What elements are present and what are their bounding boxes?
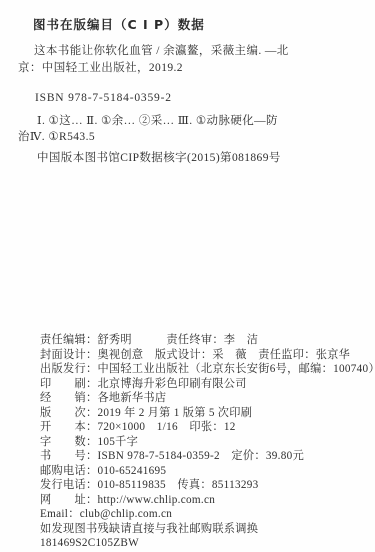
print-code-line: 181469S2C105ZBW bbox=[40, 536, 375, 551]
replacement-notice-line: 如发现图书残缺请直接与我社邮购联系调换 bbox=[40, 522, 375, 537]
isbn-number: ISBN 978-7-5184-0359-2 bbox=[35, 92, 172, 104]
edition-line: 版 次：2019 年 2 月第 1 版第 5 次印刷 bbox=[40, 406, 375, 421]
cip-classification-line-1: Ⅰ. ①这… Ⅱ. ①余… ②采… Ⅲ. ①动脉硬化—防 bbox=[37, 112, 278, 128]
colophon-block: 责任编辑：舒秀明 责任终审：李 洁 封面设计：奥视创意 版式设计：采 薇 责任监… bbox=[40, 333, 375, 551]
book-copyright-page: 图书在版编目（C I P）数据 这本书能让你软化血管 / 余瀛鳌，采薇主编. —… bbox=[0, 0, 375, 552]
mail-order-phone-line: 邮购电话：010-65241695 bbox=[40, 464, 375, 479]
printer-line: 印 刷：北京博海升彩色印刷有限公司 bbox=[40, 377, 375, 392]
word-count-line: 字 数：105千字 bbox=[40, 435, 375, 450]
responsible-editor-line: 责任编辑：舒秀明 责任终审：李 洁 bbox=[40, 333, 375, 348]
cip-record-line-2: 京：中国轻工业出版社，2019.2 bbox=[18, 59, 183, 75]
cover-design-line: 封面设计：奥视创意 版式设计：采 薇 责任监印：张京华 bbox=[40, 348, 375, 363]
email-line: Email：club@chlip.com.cn bbox=[40, 507, 375, 522]
cip-registry-number: 中国版本图书馆CIP数据核字(2015)第081869号 bbox=[37, 149, 281, 165]
publisher-line: 出版发行：中国轻工业出版社（北京东长安街6号，邮编：100740） bbox=[40, 362, 375, 377]
distribution-phone-line: 发行电话：010-85119835 传真：85113293 bbox=[40, 478, 375, 493]
cip-header: 图书在版编目（C I P）数据 bbox=[33, 15, 205, 33]
book-number-price-line: 书 号：ISBN 978-7-5184-0359-2 定价：39.80元 bbox=[40, 449, 375, 464]
cip-record-line-1: 这本书能让你软化血管 / 余瀛鳌，采薇主编. —北 bbox=[34, 42, 289, 58]
cip-classification-line-2: 治Ⅳ. ①R543.5 bbox=[18, 128, 95, 144]
format-line: 开 本：720×1000 1/16 印张：12 bbox=[40, 420, 375, 435]
website-line: 网 址：http://www.chlip.com.cn bbox=[40, 493, 375, 508]
distributor-line: 经 销：各地新华书店 bbox=[40, 391, 375, 406]
